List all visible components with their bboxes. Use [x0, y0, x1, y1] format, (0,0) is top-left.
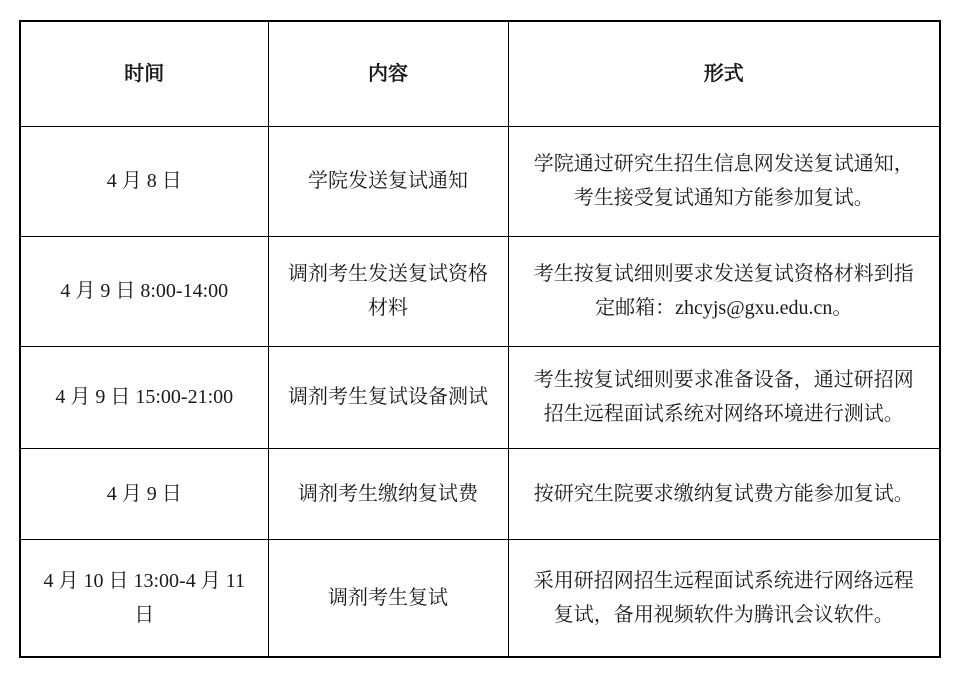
cell-time: 4 月 9 日 15:00-21:00: [20, 346, 268, 448]
cell-form: 采用研招网招生远程面试系统进行网络远程 复试，备用视频软件为腾讯会议软件。: [508, 539, 940, 657]
table-row: 4 月 9 日 调剂考生缴纳复试费 按研究生院要求缴纳复试费方能参加复试。: [20, 448, 940, 539]
cell-form: 按研究生院要求缴纳复试费方能参加复试。: [508, 448, 940, 539]
header-time: 时间: [20, 21, 268, 126]
table-row: 4 月 10 日 13:00-4 月 11 日 调剂考生复试 采用研招网招生远程…: [20, 539, 940, 657]
table-row: 4 月 9 日 15:00-21:00 调剂考生复试设备测试 考生按复试细则要求…: [20, 346, 940, 448]
cell-content: 调剂考生发送复试资格 材料: [268, 236, 508, 346]
table-row: 4 月 9 日 8:00-14:00 调剂考生发送复试资格 材料 考生按复试细则…: [20, 236, 940, 346]
cell-form: 学院通过研究生招生信息网发送复试通知， 考生接受复试通知方能参加复试。: [508, 126, 940, 236]
table-row: 4 月 8 日 学院发送复试通知 学院通过研究生招生信息网发送复试通知， 考生接…: [20, 126, 940, 236]
header-content: 内容: [268, 21, 508, 126]
schedule-table: 时间 内容 形式 4 月 8 日 学院发送复试通知 学院通过研究生招生信息网发送…: [19, 20, 941, 658]
document-page: 时间 内容 形式 4 月 8 日 学院发送复试通知 学院通过研究生招生信息网发送…: [0, 0, 953, 674]
cell-time: 4 月 9 日 8:00-14:00: [20, 236, 268, 346]
cell-content: 调剂考生复试: [268, 539, 508, 657]
cell-time: 4 月 8 日: [20, 126, 268, 236]
cell-content: 调剂考生缴纳复试费: [268, 448, 508, 539]
cell-form: 考生按复试细则要求准备设备，通过研招网 招生远程面试系统对网络环境进行测试。: [508, 346, 940, 448]
cell-time: 4 月 9 日: [20, 448, 268, 539]
header-row: 时间 内容 形式: [20, 21, 940, 126]
cell-content: 调剂考生复试设备测试: [268, 346, 508, 448]
cell-time: 4 月 10 日 13:00-4 月 11 日: [20, 539, 268, 657]
header-form: 形式: [508, 21, 940, 126]
cell-content: 学院发送复试通知: [268, 126, 508, 236]
cell-form: 考生按复试细则要求发送复试资格材料到指 定邮箱：zhcyjs@gxu.edu.c…: [508, 236, 940, 346]
